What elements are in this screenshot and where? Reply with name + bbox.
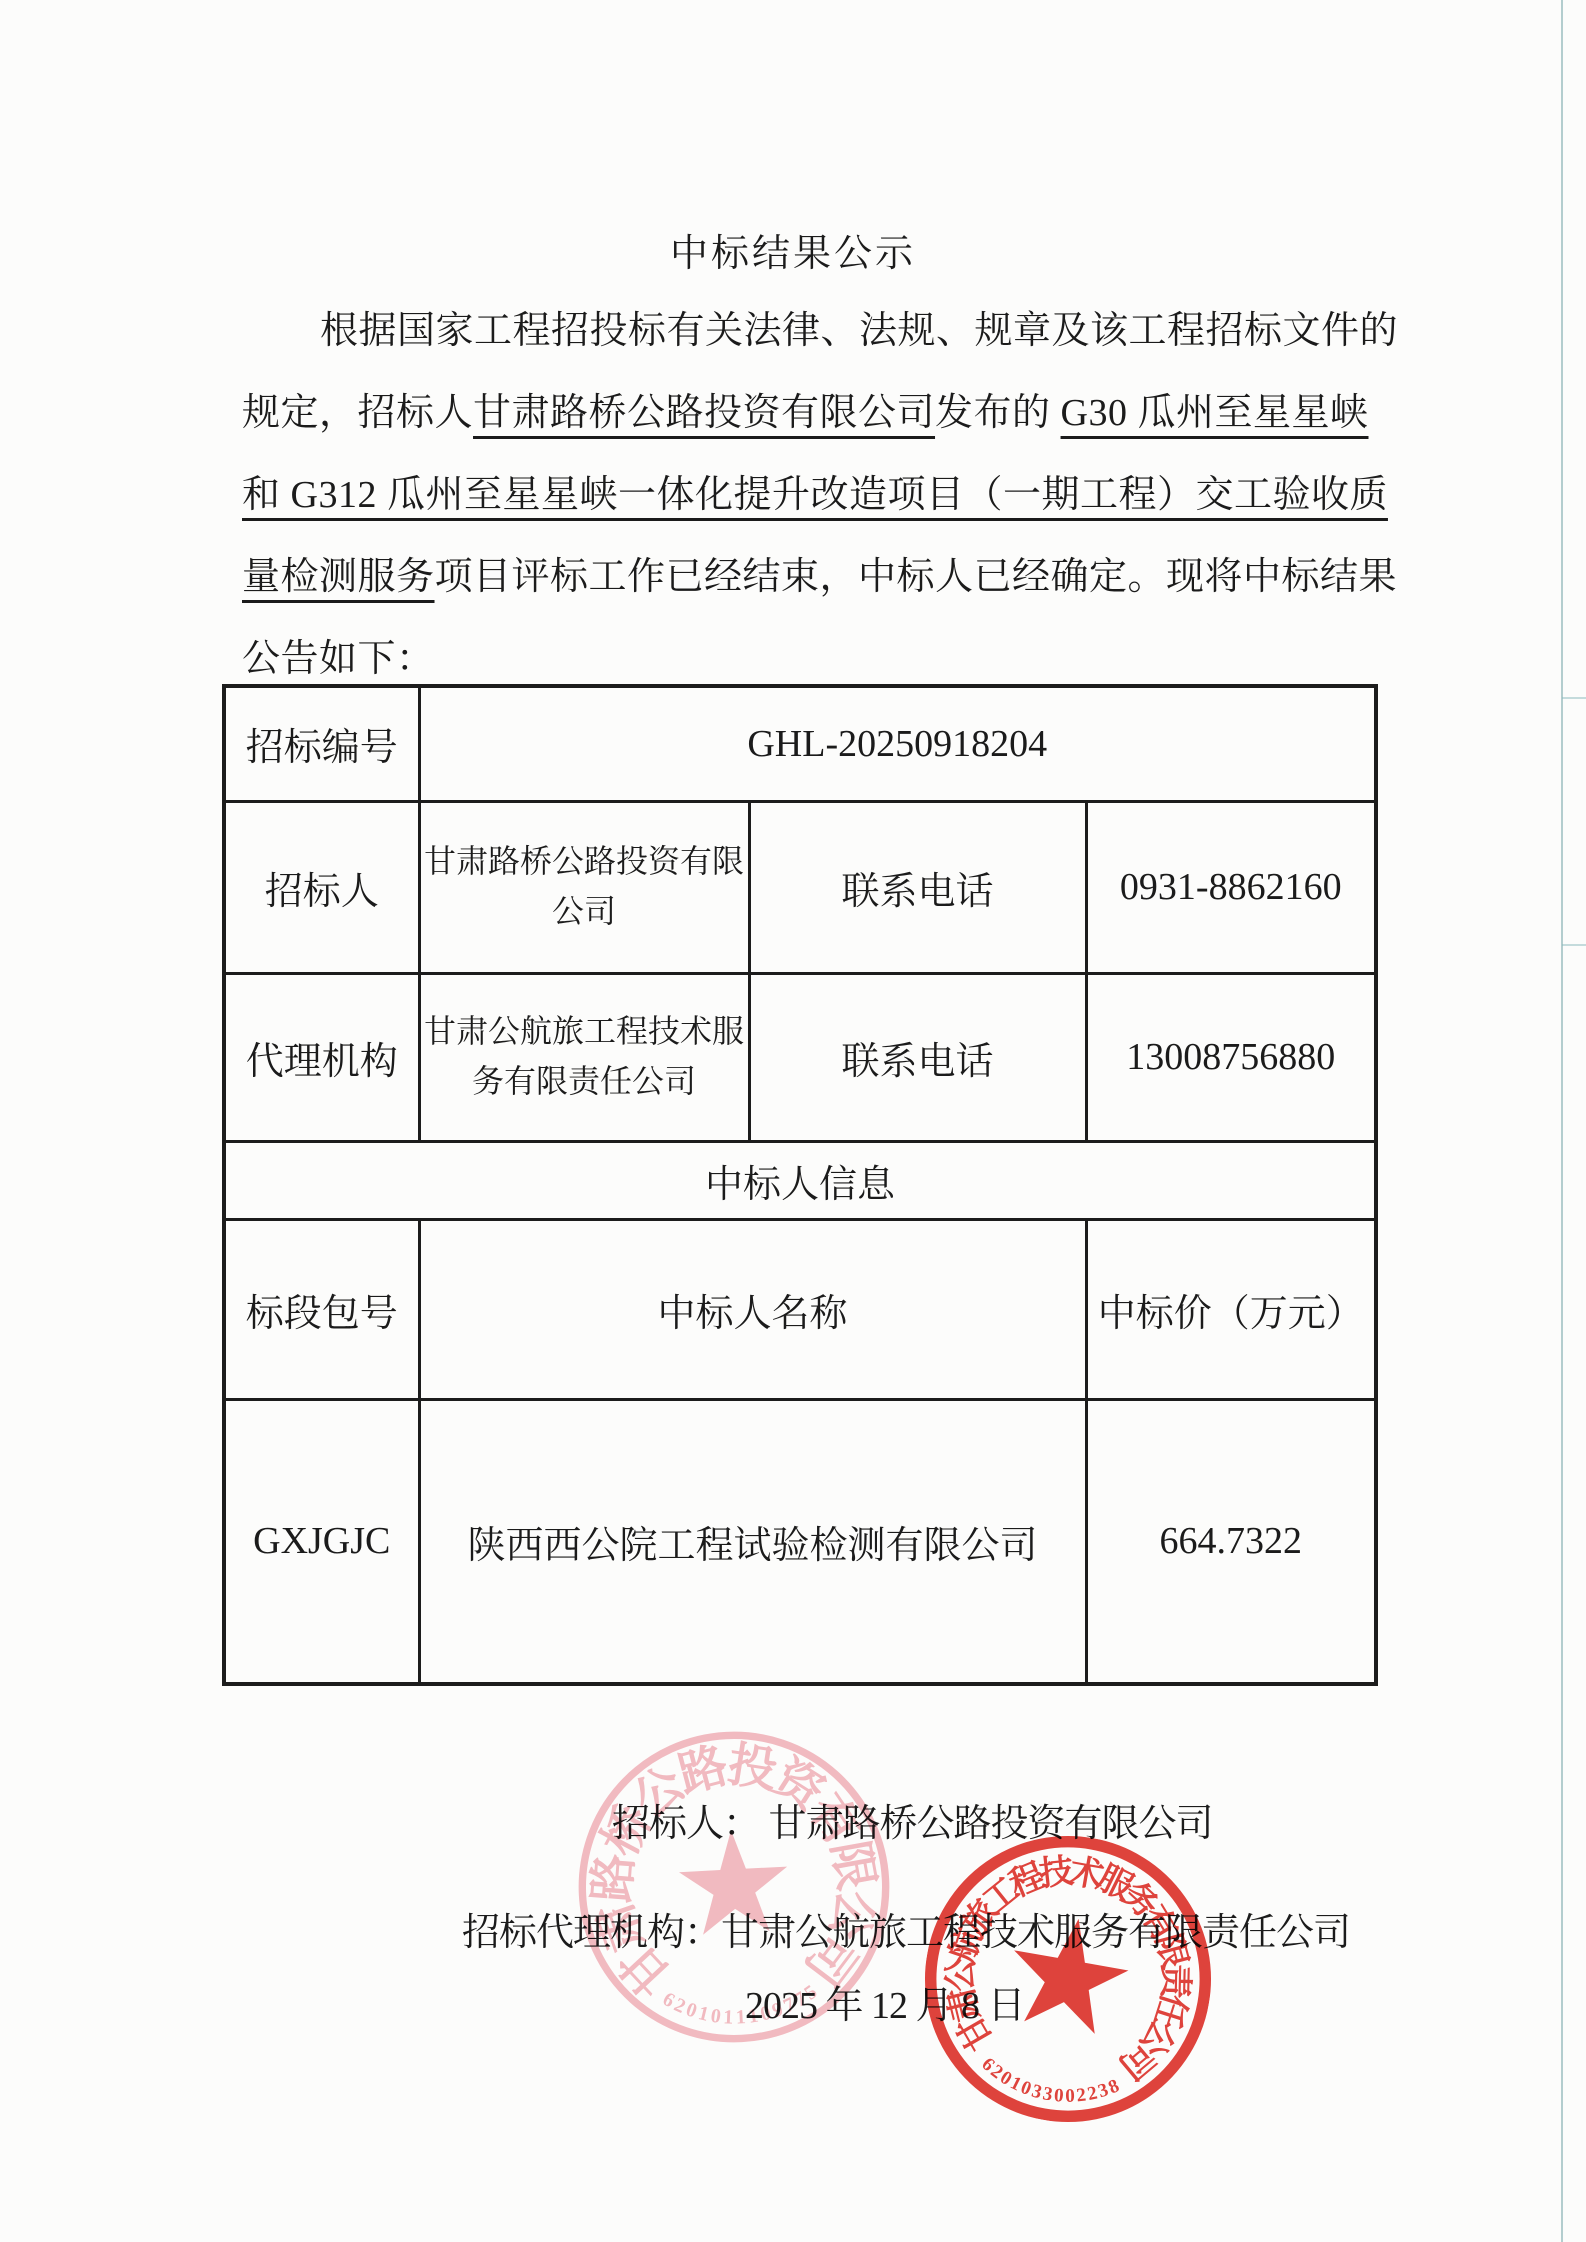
svg-text:2: 2 bbox=[986, 2061, 1006, 2083]
svg-text:公: 公 bbox=[1131, 2013, 1182, 2063]
svg-text:3: 3 bbox=[1041, 2083, 1054, 2105]
paragraph-line: 根据国家工程招投标有关法律、法规、规章及该工程招标文件的 bbox=[242, 290, 1372, 372]
phone-label-2: 联系电话 bbox=[749, 973, 1086, 1141]
svg-text:1: 1 bbox=[1007, 2072, 1025, 2095]
svg-text:投: 投 bbox=[724, 1737, 780, 1798]
table-row: 招标编号 GHL-20250918204 bbox=[224, 686, 1376, 801]
bid-result-table: 招标编号 GHL-20250918204 招标人 甘肃路桥公路投资有限公司 联系… bbox=[222, 684, 1378, 1686]
table-row: 标段包号 中标人名称 中标价（万元） bbox=[224, 1219, 1376, 1399]
package-label: 标段包号 bbox=[224, 1219, 419, 1399]
svg-text:2: 2 bbox=[671, 1994, 689, 2018]
agency-label: 代理机构 bbox=[224, 973, 419, 1141]
svg-text:0: 0 bbox=[1053, 2085, 1064, 2107]
document-page: 中标结果公示 根据国家工程招投标有关法律、法规、规章及该工程招标文件的规定，招标… bbox=[0, 0, 1586, 2242]
svg-text:6: 6 bbox=[977, 2054, 998, 2076]
svg-text:1: 1 bbox=[723, 2006, 734, 2028]
bid-no-label: 招标编号 bbox=[224, 686, 419, 801]
svg-text:程: 程 bbox=[1004, 1856, 1051, 1905]
scan-tick-artifact bbox=[1562, 697, 1586, 699]
svg-text:任: 任 bbox=[1147, 1989, 1194, 2033]
phone-label-1: 联系电话 bbox=[749, 801, 1086, 973]
svg-text:3: 3 bbox=[1029, 2081, 1044, 2104]
package-no: GXJGJC bbox=[224, 1399, 419, 1684]
svg-text:8: 8 bbox=[1105, 2075, 1122, 2098]
agency-value: 甘肃公航旅工程技术服务有限责任公司 bbox=[419, 973, 749, 1141]
svg-text:2: 2 bbox=[1075, 2085, 1087, 2107]
footer-date-line: 2025 年 12 月 8 日 bbox=[745, 1974, 1025, 2029]
tenderer-label: 招标人 bbox=[224, 801, 419, 973]
table-row: 代理机构 甘肃公航旅工程技术服务有限责任公司 联系电话 13008756880 bbox=[224, 973, 1376, 1141]
winner-section-title: 中标人信息 bbox=[224, 1141, 1376, 1219]
svg-text:责: 责 bbox=[1155, 1964, 1194, 2001]
bid-no-value: GHL-20250918204 bbox=[419, 686, 1376, 801]
tenderer-value: 甘肃路桥公路投资有限公司 bbox=[419, 801, 749, 973]
svg-text:术: 术 bbox=[1066, 1852, 1106, 1895]
svg-text:2: 2 bbox=[1086, 2082, 1100, 2105]
paragraph-line: 量检测服务项目评标工作已经结束，中标人已经确定。现将中标结果 bbox=[242, 536, 1372, 618]
winner-price: 664.7322 bbox=[1086, 1399, 1376, 1684]
price-label: 中标价（万元） bbox=[1086, 1219, 1376, 1399]
svg-text:0: 0 bbox=[996, 2067, 1015, 2090]
paragraph-line: 规定，招标人甘肃路桥公路投资有限公司发布的 G30 瓜州至星星峡 bbox=[242, 372, 1372, 454]
winner-name: 陕西西公院工程试验检测有限公司 bbox=[419, 1399, 1086, 1684]
svg-text:3: 3 bbox=[1096, 2079, 1111, 2102]
svg-text:0: 0 bbox=[1018, 2077, 1034, 2100]
body-paragraph: 根据国家工程招投标有关法律、法规、规章及该工程招标文件的规定，招标人甘肃路桥公路… bbox=[242, 290, 1372, 700]
document-title: 中标结果公示 bbox=[0, 222, 1586, 277]
scan-edge-artifact bbox=[1561, 0, 1563, 2242]
table-row: 招标人 甘肃路桥公路投资有限公司 联系电话 0931-8862160 bbox=[224, 801, 1376, 973]
paragraph-line: 和 G312 瓜州至星星峡一体化提升改造项目（一期工程）交工验收质 bbox=[242, 454, 1372, 536]
svg-text:1: 1 bbox=[696, 2002, 711, 2026]
footer-agency-line: 招标代理机构：甘肃公航旅工程技术服务有限责任公司 bbox=[462, 1901, 1350, 1956]
agency-phone: 13008756880 bbox=[1086, 973, 1376, 1141]
svg-text:0: 0 bbox=[1065, 2086, 1075, 2107]
svg-text:技: 技 bbox=[1037, 1852, 1076, 1894]
svg-text:0: 0 bbox=[709, 2005, 722, 2028]
svg-text:0: 0 bbox=[683, 1998, 700, 2022]
svg-text:6: 6 bbox=[659, 1988, 679, 2012]
svg-text:司: 司 bbox=[1111, 2035, 1162, 2086]
scan-tick-artifact bbox=[1562, 944, 1586, 946]
table-row: 中标人信息 bbox=[224, 1141, 1376, 1219]
winner-name-label: 中标人名称 bbox=[419, 1219, 1086, 1399]
tenderer-phone: 0931-8862160 bbox=[1086, 801, 1376, 973]
svg-text:路: 路 bbox=[585, 1852, 642, 1904]
footer-tenderer-line: 招标人： 甘肃路桥公路投资有限公司 bbox=[612, 1792, 1213, 1847]
table-row: GXJGJC 陕西西公院工程试验检测有限公司 664.7322 bbox=[224, 1399, 1376, 1684]
